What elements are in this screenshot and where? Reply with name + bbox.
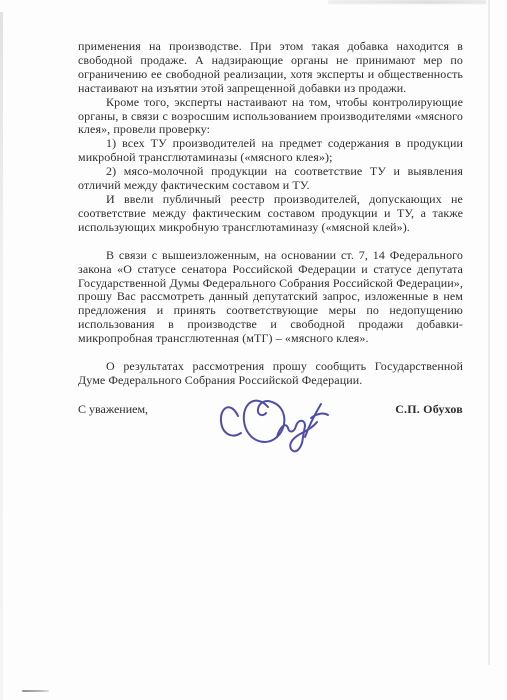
scan-artifact-left-edge [0,12,3,700]
paragraph-request: В связи с вышеизложенным, на основании с… [78,249,463,346]
list-item-2: 2) мясо-молочной продукции на соответств… [78,165,463,193]
scanned-letter-page: применения на производстве. При этом так… [0,0,507,700]
scan-artifact-right-edge [488,0,490,665]
scan-artifact-bottom-dash [22,690,49,692]
paragraph: И ввели публичный реестр производителей,… [78,193,463,235]
paragraph-continuation: применения на производстве. При этом так… [78,40,463,96]
handwritten-signature-icon [216,392,332,474]
signer-name: С.П. Обухов [395,402,463,417]
list-item-1: 1) всех ТУ производителей на предмет сод… [78,137,463,165]
salutation: С уважением, [78,402,148,417]
paragraph: Кроме того, эксперты настаивают на том, … [78,96,463,138]
paragraph-closing-request: О результатах рассмотрения прошу сообщит… [78,360,463,388]
letter-body: применения на производстве. При этом так… [78,40,463,388]
scan-artifact-top-edge [328,0,486,4]
